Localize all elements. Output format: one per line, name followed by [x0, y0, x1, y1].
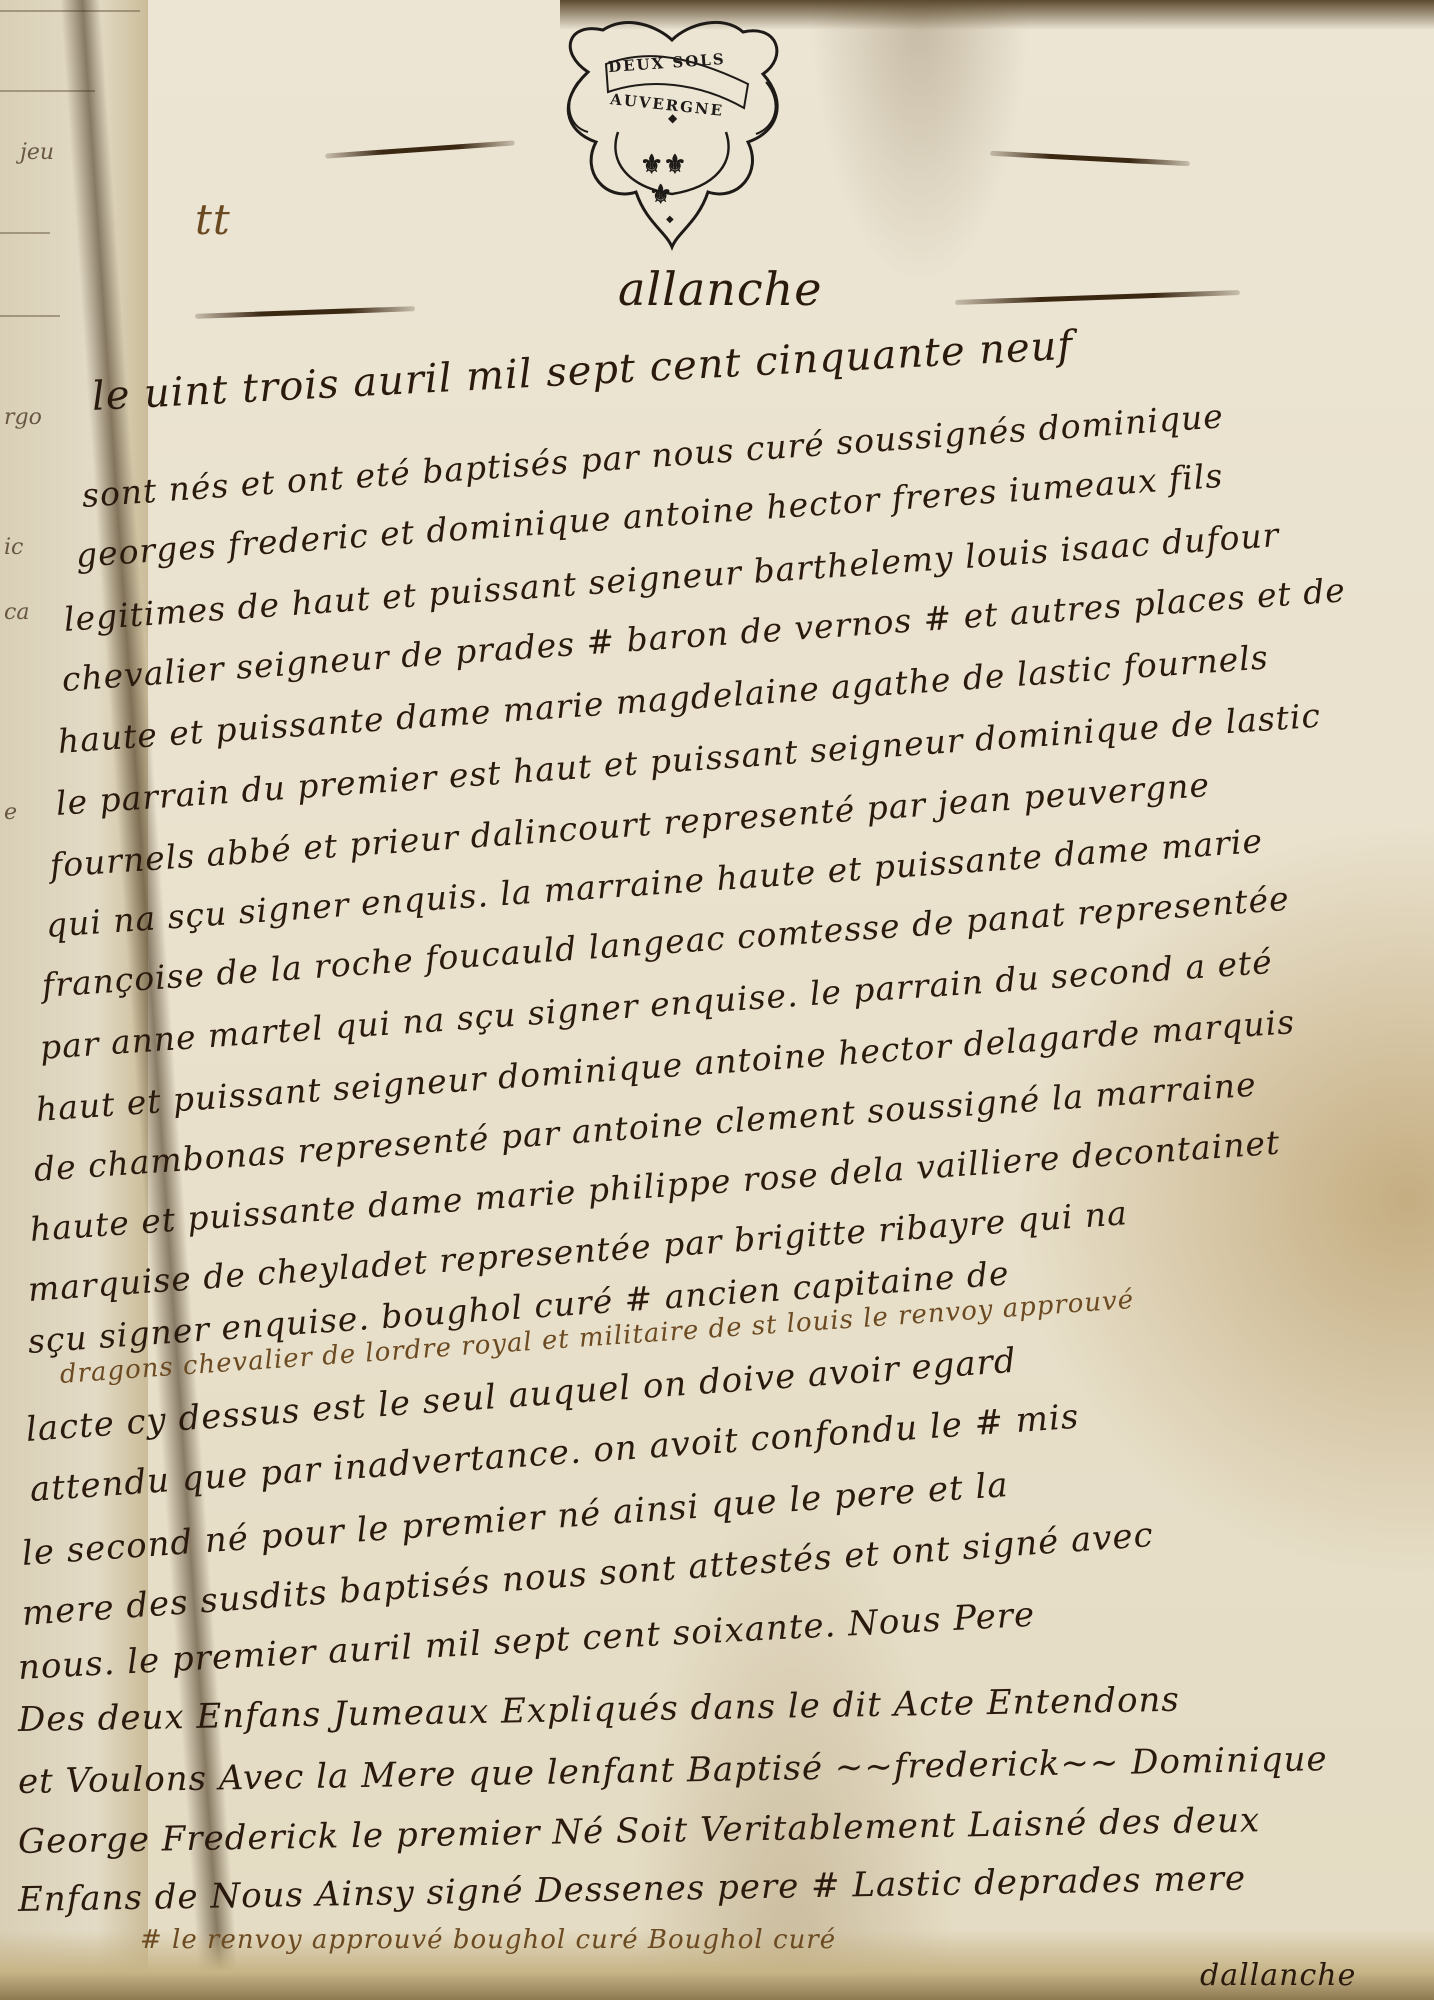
- parish-signature: dallanche: [1200, 1958, 1356, 1993]
- document-scan: jeu rgo ca ic e ◆ ◆ DEUX SOLS AUVE: [0, 0, 1434, 2000]
- ruled-line: [0, 232, 50, 234]
- margin-note: jeu: [20, 140, 54, 165]
- margin-note: ca: [4, 600, 29, 625]
- cross-reference-mark: tt: [195, 195, 231, 244]
- margin-note: rgo: [4, 405, 42, 430]
- svg-text:◆: ◆: [666, 214, 674, 225]
- ruled-line: [0, 315, 60, 317]
- stamp-cartouche-icon: ◆ ◆: [548, 12, 796, 252]
- tax-stamp: ◆ ◆ DEUX SOLS AUVERGNE ⚜⚜ ⚜: [548, 12, 796, 252]
- fleur-de-lis-icon: ⚜⚜ ⚜: [640, 150, 687, 210]
- margin-note: e: [4, 800, 17, 825]
- place-heading: allanche: [618, 262, 823, 316]
- margin-note: ic: [4, 535, 23, 560]
- renvoy-approval-annotation: # le renvoy approuvé boughol curé Bougho…: [140, 1925, 836, 1955]
